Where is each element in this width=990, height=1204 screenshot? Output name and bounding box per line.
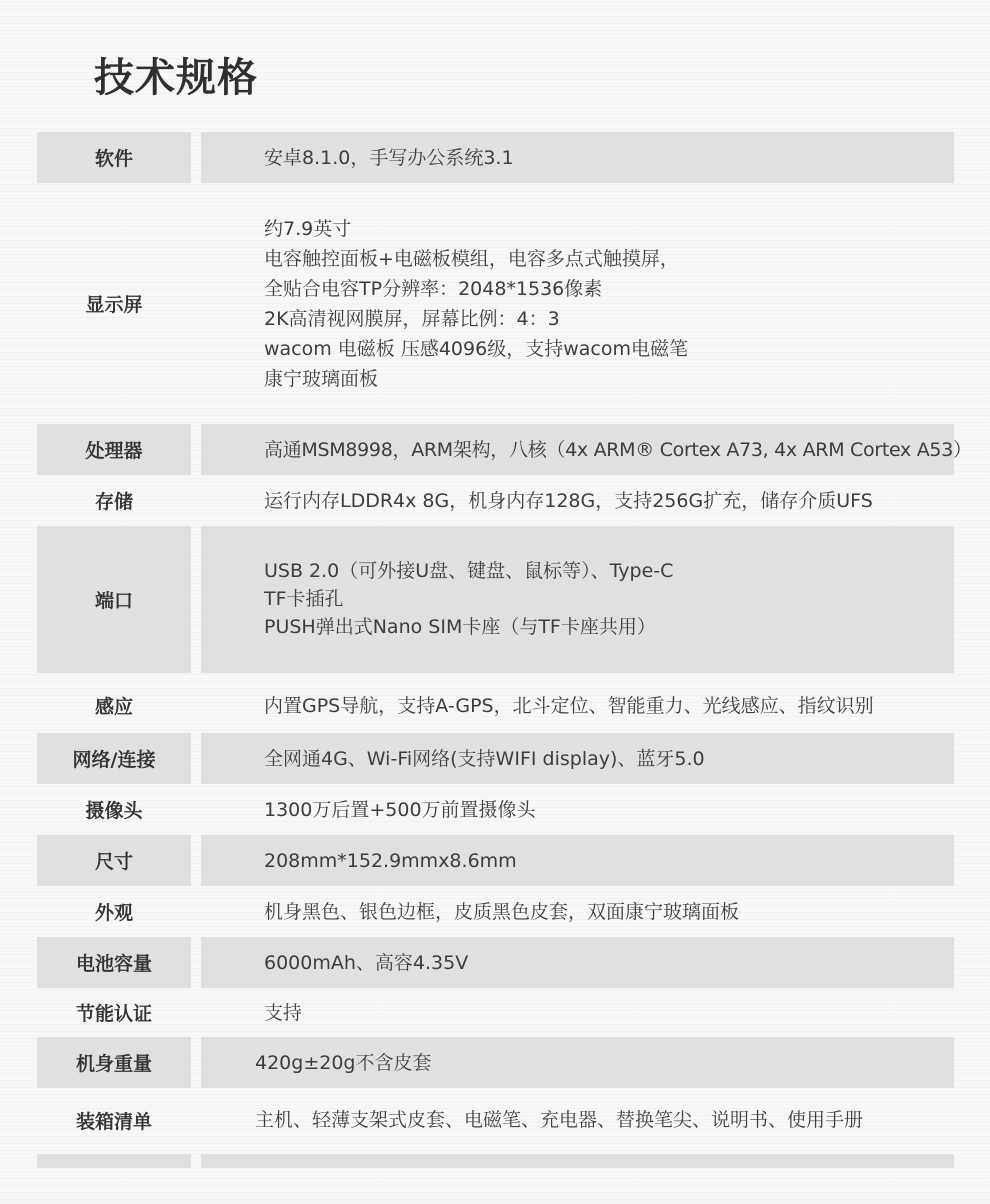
spec-value-line: 420g±20g不含皮套: [255, 1048, 954, 1078]
spec-label: 处理器: [37, 424, 191, 475]
spec-label: 电池容量: [37, 937, 191, 988]
spec-row-empty: [37, 1154, 954, 1168]
spec-value-line: PUSH弹出式Nano SIM卡座（与TF卡座共用）: [264, 613, 954, 641]
spec-row-weight: 机身重量 420g±20g不含皮套: [37, 1037, 954, 1088]
spec-label: 摄像头: [37, 784, 191, 835]
spec-label: 外观: [37, 886, 191, 937]
spec-value: 内置GPS导航，支持A-GPS，北斗定位、智能重力、光线感应、指纹识别: [201, 680, 954, 731]
spec-value: 208mm*152.9mmx8.6mm: [201, 835, 954, 886]
spec-row-network: 网络/连接 全网通4G、Wi-Fi网络(支持WIFI display)、蓝牙5.…: [37, 733, 954, 784]
spec-row-battery: 电池容量 6000mAh、高容4.35V: [37, 937, 954, 988]
spec-label: 网络/连接: [37, 733, 191, 784]
spec-value: [201, 1154, 954, 1168]
spec-value-line: 康宁玻璃面板: [264, 364, 954, 394]
spec-label: 节能认证: [37, 988, 191, 1037]
spec-value-line: 全贴合电容TP分辨率：2048*1536像素: [264, 274, 954, 304]
spec-value-line: 电容触控面板+电磁板模组，电容多点式触摸屏，: [264, 244, 954, 274]
spec-label: 感应: [37, 680, 191, 731]
spec-value: 420g±20g不含皮套: [201, 1037, 954, 1088]
spec-value: USB 2.0（可外接U盘、键盘、鼠标等）、Type-C TF卡插孔 PUSH弹…: [201, 526, 954, 673]
spec-value: 高通MSM8998，ARM架构，八核（4x ARM® Cortex A73, 4…: [201, 424, 954, 475]
spec-value: 6000mAh、高容4.35V: [201, 937, 954, 988]
spec-value-line: 支持: [264, 998, 954, 1028]
spec-row-package: 装箱清单 主机、轻薄支架式皮套、电磁笔、充电器、替换笔尖、说明书、使用手册: [37, 1092, 954, 1148]
spec-value-line: 机身黑色、银色边框，皮质黑色皮套，双面康宁玻璃面板: [264, 897, 954, 927]
spec-label: 机身重量: [37, 1037, 191, 1088]
spec-value-line: 2K高清视网膜屏，屏幕比例：4：3: [264, 304, 954, 334]
spec-value-line: wacom 电磁板 压感4096级，支持wacom电磁笔: [264, 334, 954, 364]
spec-value: 支持: [201, 988, 954, 1037]
spec-label: 尺寸: [37, 835, 191, 886]
spec-value-line: 运行内存LDDR4x 8G，机身内存128G，支持256G扩充，储存介质UFS: [264, 486, 954, 516]
spec-row-camera: 摄像头 1300万后置+500万前置摄像头: [37, 784, 954, 835]
spec-value-line: 全网通4G、Wi-Fi网络(支持WIFI display)、蓝牙5.0: [264, 744, 954, 774]
spec-row-storage: 存储 运行内存LDDR4x 8G，机身内存128G，支持256G扩充，储存介质U…: [37, 475, 954, 526]
spec-value-line: USB 2.0（可外接U盘、键盘、鼠标等）、Type-C: [264, 557, 954, 585]
spec-label: 存储: [37, 475, 191, 526]
spec-row-processor: 处理器 高通MSM8998，ARM架构，八核（4x ARM® Cortex A7…: [37, 424, 954, 475]
spec-value-line: 主机、轻薄支架式皮套、电磁笔、充电器、替换笔尖、说明书、使用手册: [255, 1105, 954, 1135]
spec-value-line: 6000mAh、高容4.35V: [264, 948, 954, 978]
spec-value: 约7.9英寸 电容触控面板+电磁板模组，电容多点式触摸屏， 全贴合电容TP分辨率…: [201, 183, 954, 424]
spec-label: [37, 1154, 191, 1168]
spec-row-energy-cert: 节能认证 支持: [37, 988, 954, 1037]
spec-value: 安卓8.1.0，手写办公系统3.1: [201, 132, 954, 183]
spec-value: 全网通4G、Wi-Fi网络(支持WIFI display)、蓝牙5.0: [201, 733, 954, 784]
spec-row-dimensions: 尺寸 208mm*152.9mmx8.6mm: [37, 835, 954, 886]
spec-value: 主机、轻薄支架式皮套、电磁笔、充电器、替换笔尖、说明书、使用手册: [201, 1092, 954, 1148]
spec-value: 1300万后置+500万前置摄像头: [201, 784, 954, 835]
spec-value-line: 高通MSM8998，ARM架构，八核（4x ARM® Cortex A73, 4…: [264, 435, 954, 465]
spec-label: 软件: [37, 132, 191, 183]
spec-value: 运行内存LDDR4x 8G，机身内存128G，支持256G扩充，储存介质UFS: [201, 475, 954, 526]
spec-label: 显示屏: [37, 183, 191, 424]
spec-value: 机身黑色、银色边框，皮质黑色皮套，双面康宁玻璃面板: [201, 886, 954, 937]
spec-row-software: 软件 安卓8.1.0，手写办公系统3.1: [37, 132, 954, 183]
spec-value-line: 约7.9英寸: [264, 214, 954, 244]
spec-label: 端口: [37, 526, 191, 673]
spec-value-line: 208mm*152.9mmx8.6mm: [264, 846, 954, 876]
spec-value-line: 安卓8.1.0，手写办公系统3.1: [264, 143, 954, 173]
spec-row-ports: 端口 USB 2.0（可外接U盘、键盘、鼠标等）、Type-C TF卡插孔 PU…: [37, 526, 954, 673]
spec-row-sensors: 感应 内置GPS导航，支持A-GPS，北斗定位、智能重力、光线感应、指纹识别: [37, 680, 954, 731]
spec-row-appearance: 外观 机身黑色、银色边框，皮质黑色皮套，双面康宁玻璃面板: [37, 886, 954, 937]
spec-row-display: 显示屏 约7.9英寸 电容触控面板+电磁板模组，电容多点式触摸屏， 全贴合电容T…: [37, 183, 954, 424]
page-title: 技术规格: [94, 50, 258, 106]
spec-value-line: TF卡插孔: [264, 585, 954, 613]
spec-value-line: 内置GPS导航，支持A-GPS，北斗定位、智能重力、光线感应、指纹识别: [264, 691, 954, 721]
spec-value-line: 1300万后置+500万前置摄像头: [264, 795, 954, 825]
spec-label: 装箱清单: [37, 1092, 191, 1148]
